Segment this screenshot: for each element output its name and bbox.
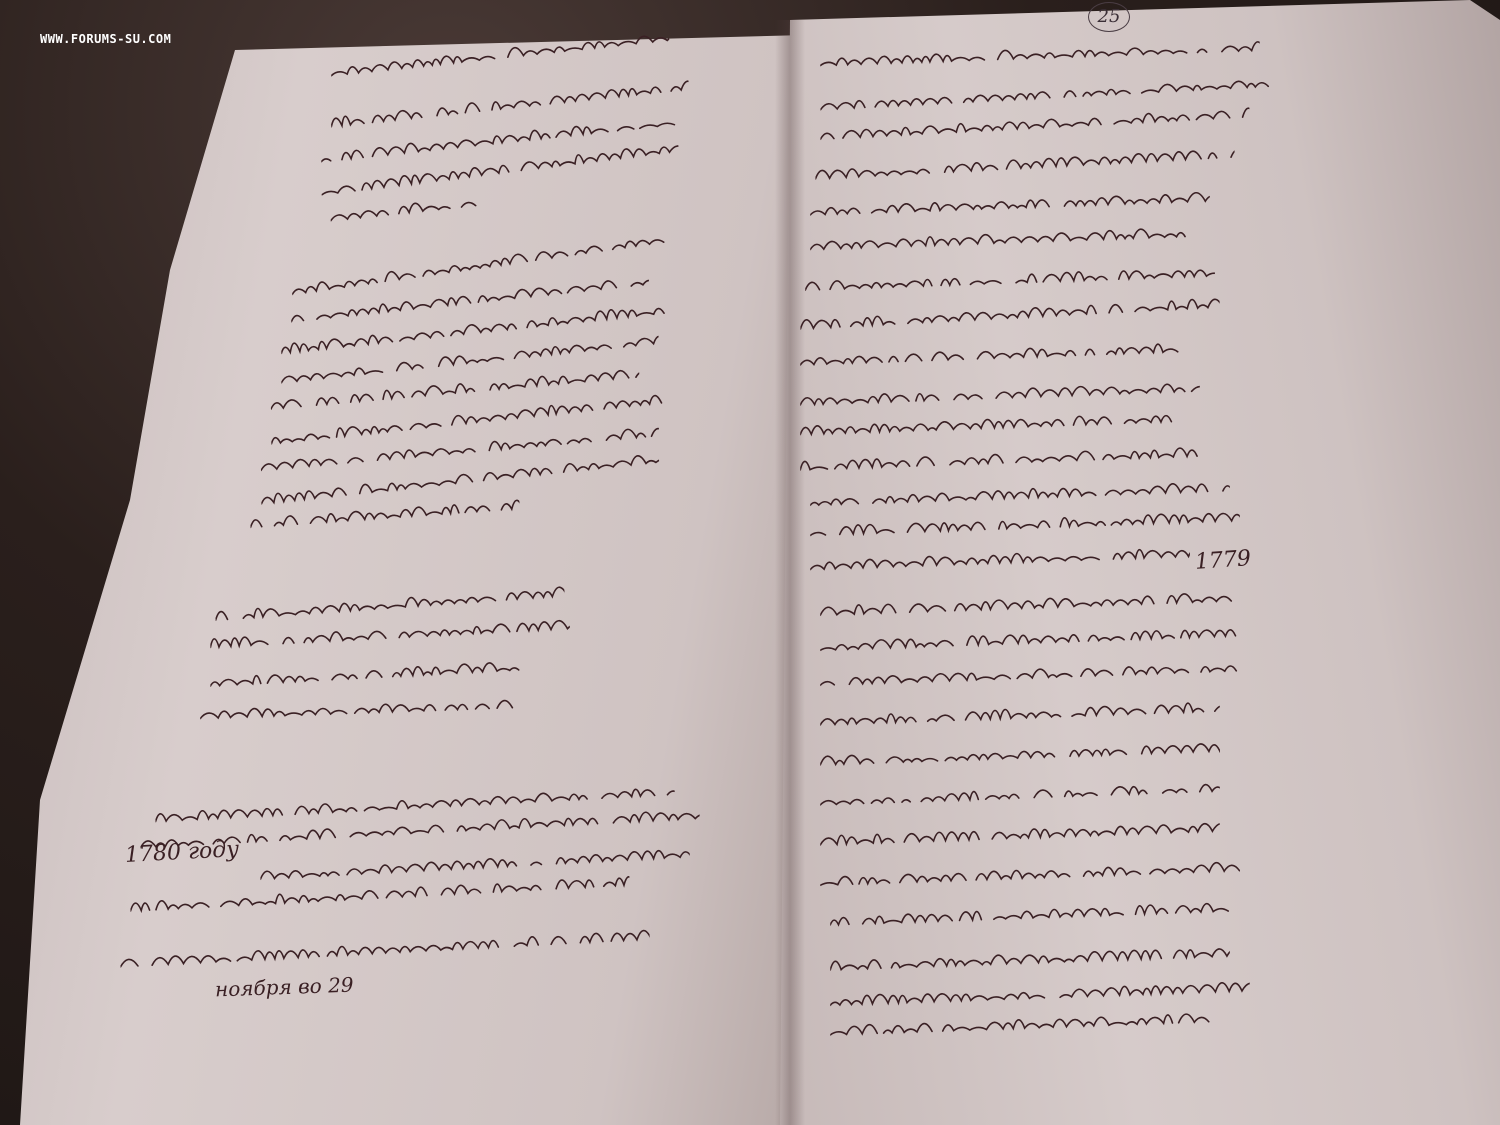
book-spine bbox=[775, 20, 805, 1125]
date-november-29: ноября во 29 bbox=[215, 973, 354, 1002]
year-1779: 1779 bbox=[1194, 546, 1252, 575]
folio-number: 25 bbox=[1088, 2, 1130, 32]
manuscript-book: 25 1779 1780 году ноября во 29 bbox=[0, 0, 1500, 1125]
